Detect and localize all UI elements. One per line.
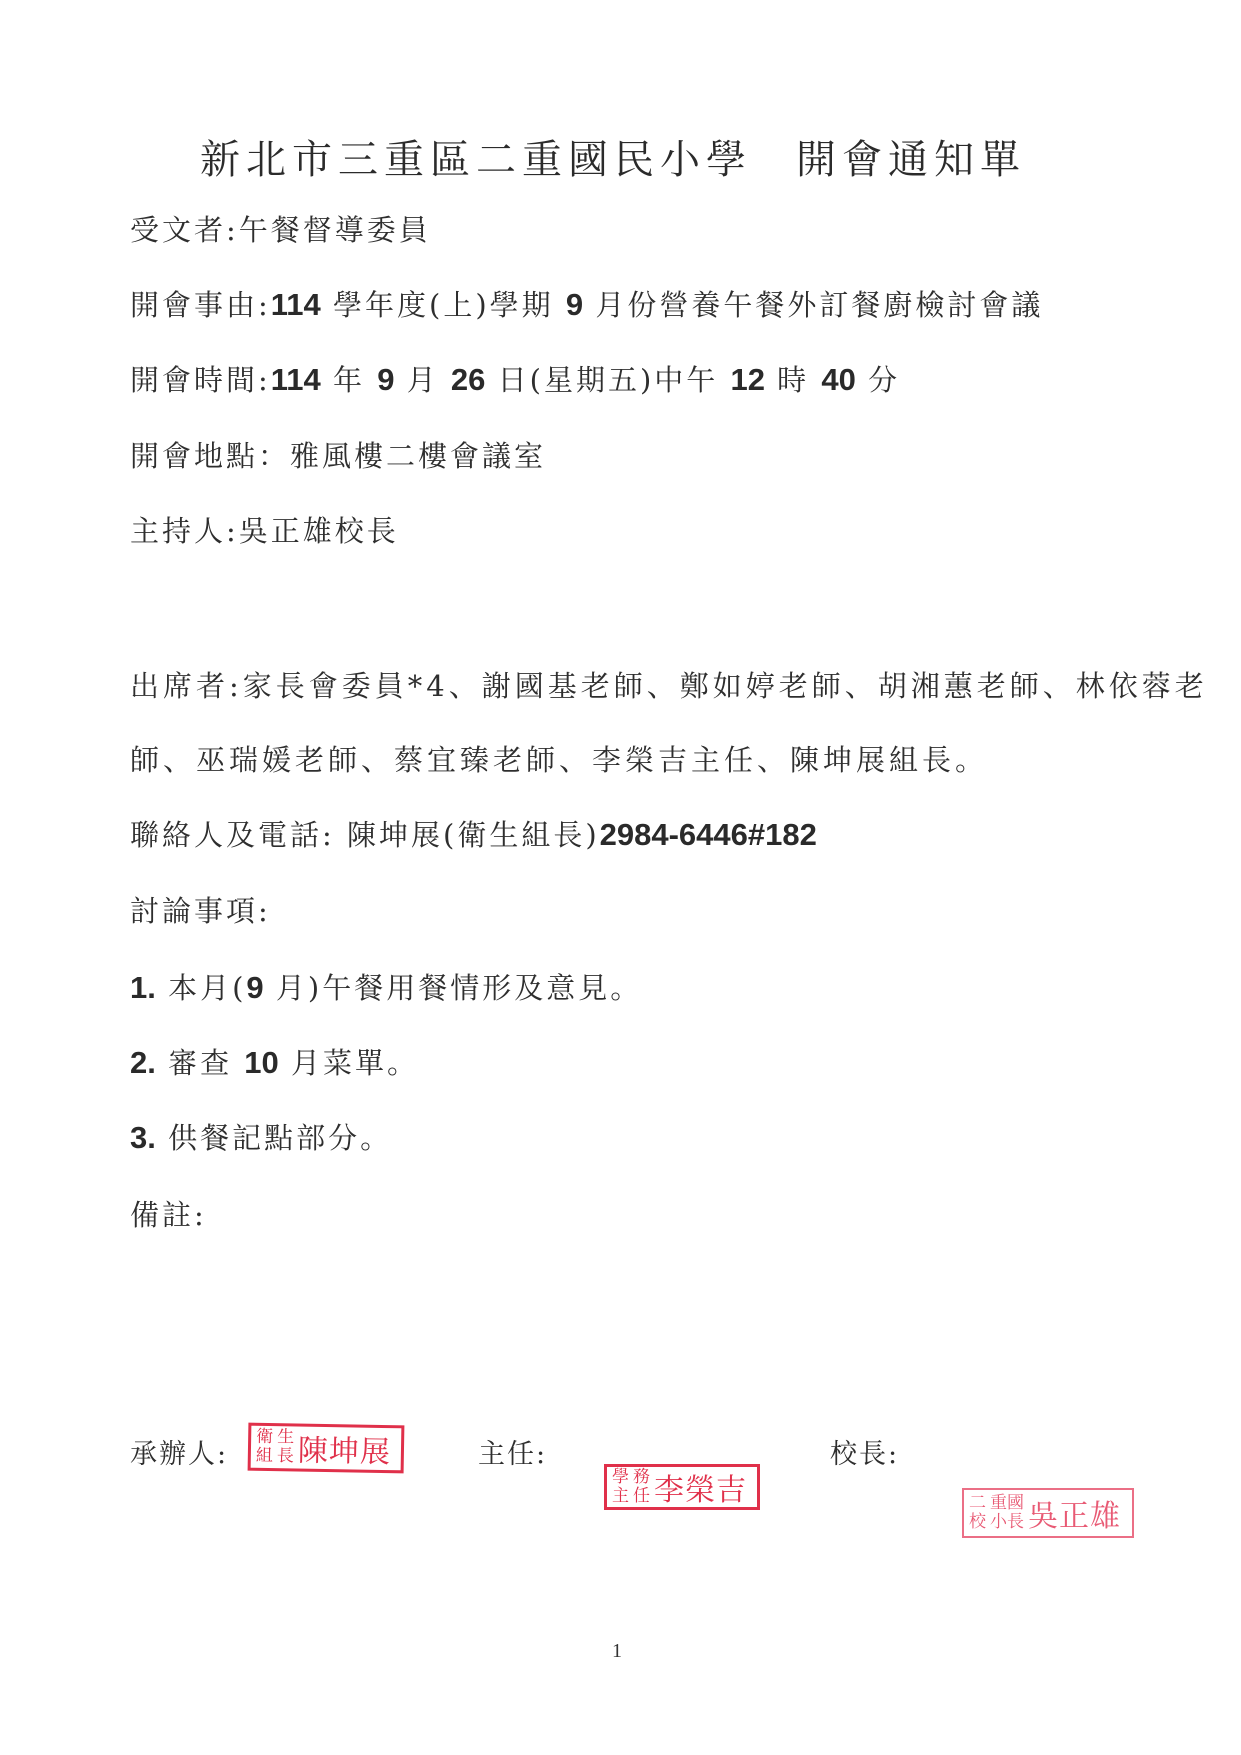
chair-label: 主持人: [130, 514, 239, 548]
stamp-name: 吳正雄 [1028, 1491, 1121, 1535]
stamp-char: 重國 [990, 1494, 1024, 1513]
contact-phone: 2984-6446#182 [600, 817, 817, 852]
recipient-line: 受文者:午餐督導委員 [130, 208, 431, 249]
stamp-char: 任 [633, 1487, 650, 1506]
item-text: 月)午餐用餐情形及意見。 [264, 971, 643, 1005]
principal-stamp: 二重國校小長 吳正雄 [962, 1488, 1134, 1538]
item-text: 審查 [168, 1046, 244, 1080]
reason-text: 月份營養午餐外訂餐廚檢討會議 [583, 288, 1043, 322]
stamp-char: 校 [969, 1513, 986, 1532]
stamp-char: 主 [612, 1487, 629, 1506]
time-text: 月 [394, 363, 450, 397]
school-name: 新北市三重區二重國民小學 [200, 137, 752, 183]
stamp-char: 務 [633, 1468, 650, 1487]
stamp-char: 小長 [990, 1513, 1024, 1532]
location-label: 開會地點： [130, 439, 290, 473]
stamp-title: 學務主任 [612, 1468, 650, 1506]
director-label: 主任: [478, 1432, 547, 1471]
principal-label: 校長: [830, 1432, 899, 1471]
stamp-char: 生 [277, 1428, 294, 1447]
stamp-char: 衛 [256, 1428, 273, 1447]
location-line: 開會地點：雅風樓二樓會議室 [130, 434, 546, 475]
item-number: 1. [130, 970, 156, 1005]
item-number-value: 9 [246, 970, 263, 1005]
time-text: 分 [856, 363, 900, 397]
item-number: 2. [130, 1045, 156, 1080]
stamp-char: 長 [277, 1447, 294, 1466]
time-hour: 12 [730, 362, 764, 397]
attendees-list-cont: 師、巫瑞媛老師、蔡宜臻老師、李榮吉主任、陳坤展組長。 [130, 743, 988, 777]
reason-month: 9 [566, 287, 583, 322]
reason-line: 開會事由:114 學年度(上)學期 9 月份營養午餐外訂餐廚檢討會議 [130, 283, 1043, 324]
attendees-list: 家長會委員*4、謝國基老師、鄭如婷老師、胡湘蕙老師、林依蓉老 [243, 669, 1208, 703]
chair-line: 主持人:吳正雄校長 [130, 509, 399, 550]
discussion-item: 3. 供餐記點部分。 [130, 1116, 392, 1157]
time-line: 開會時間:114 年 9 月 26 日(星期五)中午 12 時 40 分 [130, 358, 900, 399]
attendees-line-1: 出席者:家長會委員*4、謝國基老師、鄭如婷老師、胡湘蕙老師、林依蓉老 [130, 664, 1208, 705]
discussion-item: 1. 本月(9 月)午餐用餐情形及意見。 [130, 966, 642, 1007]
stamp-title: 衛生組長 [256, 1428, 295, 1467]
time-text: 時 [765, 363, 821, 397]
discussion-label: 討論事項: [130, 889, 271, 930]
stamp-char: 二 [969, 1494, 986, 1513]
item-number-value: 10 [244, 1045, 278, 1080]
stamp-name: 李榮吉 [654, 1465, 747, 1509]
school-year: 114 [271, 287, 321, 322]
page-number: 1 [612, 1640, 622, 1663]
time-day: 26 [451, 362, 485, 397]
chair-value: 吳正雄校長 [239, 514, 399, 548]
contact-name: 陳坤展(衛生組長) [347, 818, 600, 852]
director-stamp: 學務主任 李榮吉 [604, 1464, 760, 1510]
item-text: 月菜單。 [279, 1046, 419, 1080]
stamp-name: 陳坤展 [298, 1426, 392, 1472]
stamp-title: 二重國校小長 [969, 1494, 1024, 1532]
location-value: 雅風樓二樓會議室 [290, 439, 546, 473]
notice-type: 開會通知單 [796, 137, 1026, 183]
item-text: 本月( [168, 971, 246, 1005]
time-label: 開會時間: [130, 363, 271, 397]
document-title: 新北市三重區二重國民小學開會通知單 [200, 128, 1026, 185]
stamp-char: 學 [612, 1468, 629, 1487]
time-text: 年 [321, 363, 377, 397]
contact-label: 聯絡人及電話: [130, 818, 347, 852]
time-month: 9 [377, 362, 394, 397]
attendees-label: 出席者: [130, 669, 243, 703]
contact-line: 聯絡人及電話: 陳坤展(衛生組長)2984-6446#182 [130, 813, 817, 854]
remarks-label: 備註: [130, 1193, 207, 1234]
time-text: 日(星期五)中午 [485, 363, 730, 397]
item-number: 3. [130, 1120, 156, 1155]
handler-label: 承辦人: [130, 1432, 228, 1471]
time-minute: 40 [821, 362, 855, 397]
stamp-char: 組 [256, 1447, 273, 1466]
recipient-value: 午餐督導委員 [239, 213, 431, 247]
recipient-label: 受文者: [130, 213, 239, 247]
discussion-item: 2. 審查 10 月菜單。 [130, 1041, 419, 1082]
handler-stamp: 衛生組長 陳坤展 [248, 1423, 405, 1474]
item-text: 供餐記點部分。 [168, 1121, 392, 1155]
reason-label: 開會事由: [130, 288, 271, 322]
time-year: 114 [271, 362, 321, 397]
attendees-line-2: 師、巫瑞媛老師、蔡宜臻老師、李榮吉主任、陳坤展組長。 [130, 738, 988, 779]
reason-text: 學年度(上)學期 [321, 288, 566, 322]
